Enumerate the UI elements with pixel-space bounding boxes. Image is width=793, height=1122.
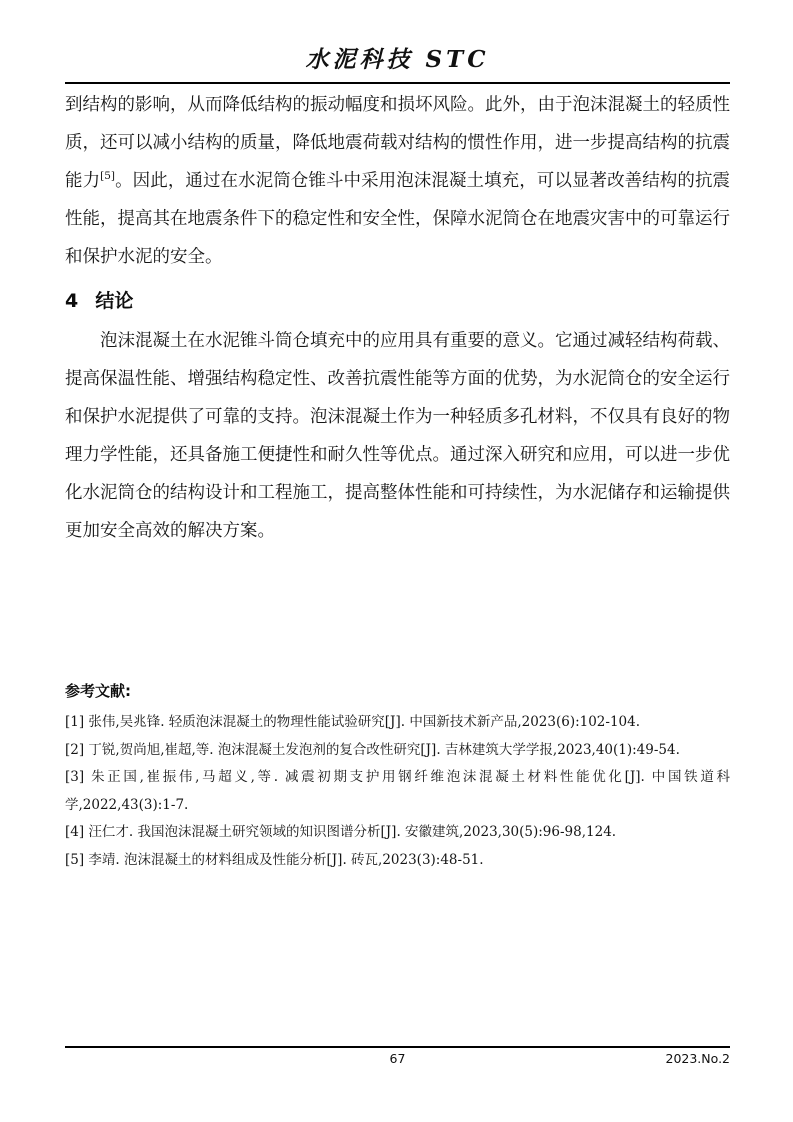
reference-item-5: [5] 李靖. 泡沫混凝土的材料组成及性能分析[J]. 砖瓦,2023(3):4… <box>65 847 730 875</box>
references-heading: 参考文献: <box>65 680 730 702</box>
citation-superscript: [5] <box>100 170 115 182</box>
journal-title: 水泥科技 STC <box>65 0 730 76</box>
references-section: 参考文献: [1] 张伟,吴兆锋. 轻质泡沫混凝土的物理性能试验研究[J]. 中… <box>65 680 730 874</box>
reference-item-3: [3] 朱正国,崔振伟,马超义,等. 减震初期支护用钢纤维泡沫混凝土材料性能优化… <box>65 764 730 819</box>
page-footer: 67 2023.No.2 <box>65 1046 730 1070</box>
page-content: 到结构的影响，从而降低结构的振动幅度和损坏风险。此外，由于泡沫混凝土的轻质性质，… <box>65 86 730 550</box>
paragraph-text-after-citation: 。因此，通过在水泥筒仓锥斗中采用泡沫混凝土填充，可以显著改善结构的抗震性能，提高… <box>65 171 730 267</box>
section-title: 结论 <box>95 290 133 312</box>
document-page: 水泥科技 STC 到结构的影响，从而降低结构的振动幅度和损坏风险。此外，由于泡沫… <box>0 0 793 1122</box>
section-number: 4 <box>65 290 78 312</box>
paragraph-continuation: 到结构的影响，从而降低结构的振动幅度和损坏风险。此外，由于泡沫混凝土的轻质性质，… <box>65 86 730 276</box>
section-heading: 4结论 <box>65 281 730 321</box>
reference-item-2: [2] 丁锐,贺尚旭,崔超,等. 泡沫混凝土发泡剂的复合改性研究[J]. 吉林建… <box>65 737 730 765</box>
page-header: 水泥科技 STC <box>65 0 730 84</box>
header-rule <box>65 82 730 84</box>
page-number: 67 <box>390 1048 406 1070</box>
footer-row: 67 2023.No.2 <box>65 1048 730 1070</box>
conclusion-paragraph: 泡沫混凝土在水泥锥斗筒仓填充中的应用具有重要的意义。它通过减轻结构荷载、提高保温… <box>65 322 730 550</box>
reference-item-1: [1] 张伟,吴兆锋. 轻质泡沫混凝土的物理性能试验研究[J]. 中国新技术新产… <box>65 709 730 737</box>
reference-item-4: [4] 汪仁才. 我国泡沫混凝土研究领域的知识图谱分析[J]. 安徽建筑,202… <box>65 819 730 847</box>
issue-label: 2023.No.2 <box>666 1048 731 1070</box>
